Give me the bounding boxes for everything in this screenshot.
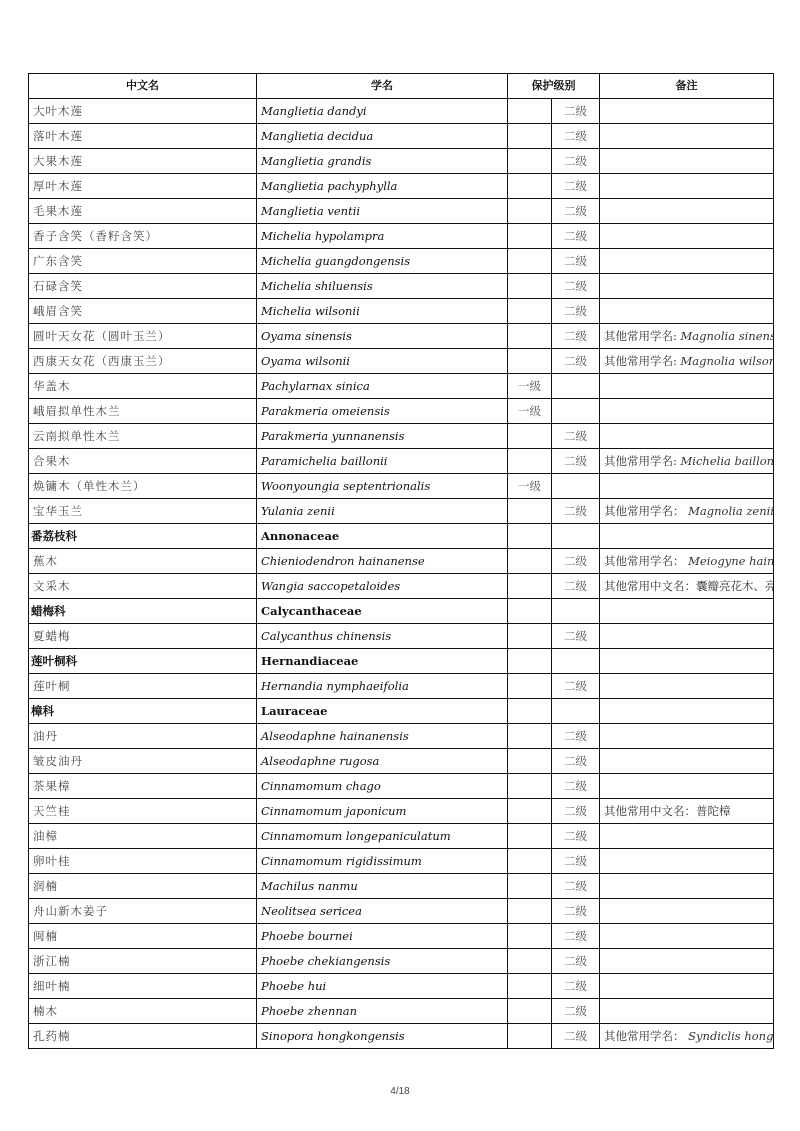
table-row: 舟山新木姜子Neolitsea sericea二级: [29, 899, 774, 924]
remarks-cell: [600, 474, 774, 499]
chinese-name-cell: 楠木: [29, 999, 257, 1024]
table-row: 细叶楠Phoebe hui二级: [29, 974, 774, 999]
chinese-name-cell: 夏蜡梅: [29, 624, 257, 649]
remarks-cell: [600, 624, 774, 649]
scientific-name-cell: Cinnamomum japonicum: [257, 799, 508, 824]
remarks-cell: [600, 374, 774, 399]
table-row: 油丹Alseodaphne hainanensis二级: [29, 724, 774, 749]
scientific-name-cell: Manglietia pachyphylla: [257, 174, 508, 199]
table-row: 云南拟单性木兰Parakmeria yunnanensis二级: [29, 424, 774, 449]
table-row: 莲叶桐Hernandia nymphaeifolia二级: [29, 674, 774, 699]
scientific-name-cell: Cinnamomum chago: [257, 774, 508, 799]
level-two-cell: 二级: [552, 449, 600, 474]
remarks-cell: [600, 249, 774, 274]
remarks-cell: 其他常用学名： Magnolia zenii: [600, 499, 774, 524]
remarks-text: 其他常用中文名：囊瓣亮花木、亮花假鹰爪: [604, 579, 774, 593]
remarks-cell: [600, 674, 774, 699]
table-row: 圆叶天女花（圆叶玉兰）Oyama sinensis二级其他常用学名: Magno…: [29, 324, 774, 349]
scientific-name-cell: Manglietia grandis: [257, 149, 508, 174]
remarks-cell: [600, 149, 774, 174]
level-one-cell: [508, 874, 552, 899]
level-two-cell: 二级: [552, 949, 600, 974]
remarks-cell: [600, 824, 774, 849]
table-row: 夏蜡梅Calycanthus chinensis二级: [29, 624, 774, 649]
remarks-cell: [600, 424, 774, 449]
scientific-name-cell: Parakmeria yunnanensis: [257, 424, 508, 449]
level-two-cell: 二级: [552, 999, 600, 1024]
remarks-cell: 其他常用中文名：囊瓣亮花木、亮花假鹰爪: [600, 574, 774, 599]
scientific-name-cell: Hernandia nymphaeifolia: [257, 674, 508, 699]
chinese-name-cell: 莲叶桐: [29, 674, 257, 699]
scientific-name-cell: Neolitsea sericea: [257, 899, 508, 924]
scientific-name-cell: Paramichelia baillonii: [257, 449, 508, 474]
level-two-cell: 二级: [552, 849, 600, 874]
chinese-name-cell: 油丹: [29, 724, 257, 749]
level-two-cell: [552, 699, 600, 724]
remarks-scientific-name: Michelia baillonii: [681, 454, 774, 468]
chinese-name-cell: 细叶楠: [29, 974, 257, 999]
chinese-name-cell: 大果木莲: [29, 149, 257, 174]
level-two-cell: 二级: [552, 549, 600, 574]
remarks-cell: 其他常用学名： Syndiclis hongkongensis: [600, 1024, 774, 1049]
remarks-cell: [600, 874, 774, 899]
remarks-cell: [600, 524, 774, 549]
family-row: 蜡梅科Calycanthaceae: [29, 599, 774, 624]
chinese-name-cell: 峨眉含笑: [29, 299, 257, 324]
remarks-cell: [600, 599, 774, 624]
chinese-name-cell: 华盖木: [29, 374, 257, 399]
remarks-scientific-name: Magnolia sinensis: [681, 329, 774, 343]
level-two-cell: 二级: [552, 774, 600, 799]
table-row: 大叶木莲Manglietia dandyi二级: [29, 99, 774, 124]
level-two-cell: 二级: [552, 824, 600, 849]
chinese-name-cell: 广东含笑: [29, 249, 257, 274]
level-one-cell: [508, 499, 552, 524]
level-two-cell: 二级: [552, 274, 600, 299]
level-one-cell: [508, 599, 552, 624]
scientific-name-cell: Machilus nanmu: [257, 874, 508, 899]
level-two-cell: [552, 474, 600, 499]
remarks-text: 其他常用学名：: [604, 1029, 688, 1043]
chinese-name-cell: 香子含笑（香籽含笑）: [29, 224, 257, 249]
scientific-name-cell: Phoebe zhennan: [257, 999, 508, 1024]
chinese-name-cell: 茶果樟: [29, 774, 257, 799]
level-two-cell: 二级: [552, 674, 600, 699]
chinese-name-cell: 孔药楠: [29, 1024, 257, 1049]
chinese-name-cell: 圆叶天女花（圆叶玉兰）: [29, 324, 257, 349]
level-one-cell: [508, 274, 552, 299]
chinese-name-cell: 卵叶桂: [29, 849, 257, 874]
level-one-cell: [508, 249, 552, 274]
level-one-cell: [508, 99, 552, 124]
header-chinese-name: 中文名: [29, 74, 257, 99]
level-two-cell: 二级: [552, 749, 600, 774]
chinese-name-cell: 浙江楠: [29, 949, 257, 974]
table-body: 大叶木莲Manglietia dandyi二级落叶木莲Manglietia de…: [29, 99, 774, 1049]
chinese-name-cell: 大叶木莲: [29, 99, 257, 124]
table-row: 香子含笑（香籽含笑）Michelia hypolampra二级: [29, 224, 774, 249]
level-two-cell: [552, 399, 600, 424]
chinese-name-cell: 舟山新木姜子: [29, 899, 257, 924]
scientific-name-cell: Phoebe hui: [257, 974, 508, 999]
scientific-name-cell: Woonyoungia septentrionalis: [257, 474, 508, 499]
family-row: 莲叶桐科Hernandiaceae: [29, 649, 774, 674]
table-row: 茶果樟Cinnamomum chago二级: [29, 774, 774, 799]
header-scientific-name: 学名: [257, 74, 508, 99]
level-two-cell: 二级: [552, 99, 600, 124]
level-two-cell: 二级: [552, 874, 600, 899]
level-two-cell: 二级: [552, 974, 600, 999]
table-row: 焕镛木（单性木兰）Woonyoungia septentrionalis一级: [29, 474, 774, 499]
chinese-name-cell: 莲叶桐科: [29, 649, 257, 674]
table-row: 落叶木莲Manglietia decidua二级: [29, 124, 774, 149]
scientific-name-cell: Alseodaphne hainanensis: [257, 724, 508, 749]
scientific-name-cell: Phoebe chekiangensis: [257, 949, 508, 974]
level-two-cell: [552, 599, 600, 624]
level-one-cell: [508, 149, 552, 174]
scientific-name-cell: Alseodaphne rugosa: [257, 749, 508, 774]
level-two-cell: 二级: [552, 224, 600, 249]
scientific-name-cell: Annonaceae: [257, 524, 508, 549]
remarks-scientific-name: Meiogyne hainanensis: [688, 554, 773, 568]
chinese-name-cell: 番荔枝科: [29, 524, 257, 549]
table-row: 大果木莲Manglietia grandis二级: [29, 149, 774, 174]
level-one-cell: [508, 174, 552, 199]
chinese-name-cell: 天竺桂: [29, 799, 257, 824]
chinese-name-cell: 西康天女花（西康玉兰）: [29, 349, 257, 374]
scientific-name-cell: Phoebe bournei: [257, 924, 508, 949]
chinese-name-cell: 毛果木莲: [29, 199, 257, 224]
scientific-name-cell: Pachylarnax sinica: [257, 374, 508, 399]
level-one-cell: [508, 224, 552, 249]
level-one-cell: [508, 999, 552, 1024]
scientific-name-cell: Lauraceae: [257, 699, 508, 724]
chinese-name-cell: 宝华玉兰: [29, 499, 257, 524]
scientific-name-cell: Cinnamomum longepaniculatum: [257, 824, 508, 849]
remarks-cell: [600, 749, 774, 774]
table-header-row: 中文名 学名 保护级别 备注: [29, 74, 774, 99]
level-one-cell: [508, 549, 552, 574]
level-one-cell: [508, 624, 552, 649]
level-one-cell: [508, 449, 552, 474]
header-remarks: 备注: [600, 74, 774, 99]
remarks-cell: [600, 949, 774, 974]
remarks-cell: [600, 999, 774, 1024]
table-row: 皱皮油丹Alseodaphne rugosa二级: [29, 749, 774, 774]
table-row: 峨眉拟单性木兰Parakmeria omeiensis一级: [29, 399, 774, 424]
scientific-name-cell: Michelia wilsonii: [257, 299, 508, 324]
table-row: 润楠Machilus nanmu二级: [29, 874, 774, 899]
level-one-cell: [508, 299, 552, 324]
level-one-cell: [508, 974, 552, 999]
table-row: 文采木Wangia saccopetaloides二级其他常用中文名：囊瓣亮花木…: [29, 574, 774, 599]
document-page: 中文名 学名 保护级别 备注 大叶木莲Manglietia dandyi二级落叶…: [0, 0, 800, 1131]
level-two-cell: 二级: [552, 324, 600, 349]
remarks-cell: [600, 724, 774, 749]
scientific-name-cell: Chieniodendron hainanense: [257, 549, 508, 574]
remarks-cell: [600, 899, 774, 924]
table-row: 蕉木Chieniodendron hainanense二级其他常用学名： Mei…: [29, 549, 774, 574]
chinese-name-cell: 落叶木莲: [29, 124, 257, 149]
table-row: 峨眉含笑Michelia wilsonii二级: [29, 299, 774, 324]
level-two-cell: 二级: [552, 924, 600, 949]
level-one-cell: 一级: [508, 474, 552, 499]
table-row: 孔药楠Sinopora hongkongensis二级其他常用学名： Syndi…: [29, 1024, 774, 1049]
table-row: 毛果木莲Manglietia ventii二级: [29, 199, 774, 224]
remarks-cell: [600, 924, 774, 949]
chinese-name-cell: 蜡梅科: [29, 599, 257, 624]
level-one-cell: [508, 524, 552, 549]
level-two-cell: 二级: [552, 149, 600, 174]
remarks-cell: [600, 699, 774, 724]
remarks-cell: 其他常用学名: Magnolia wilsonii: [600, 349, 774, 374]
page-number: 4/18: [0, 1086, 800, 1097]
remarks-cell: [600, 174, 774, 199]
remarks-scientific-name: Magnolia zenii: [688, 504, 773, 518]
remarks-cell: 其他常用学名: Michelia baillonii: [600, 449, 774, 474]
scientific-name-cell: Manglietia ventii: [257, 199, 508, 224]
chinese-name-cell: 皱皮油丹: [29, 749, 257, 774]
remarks-text: 其他常用学名:: [604, 329, 681, 343]
table-row: 厚叶木莲Manglietia pachyphylla二级: [29, 174, 774, 199]
level-one-cell: [508, 649, 552, 674]
table-row: 闽楠Phoebe bournei二级: [29, 924, 774, 949]
level-two-cell: [552, 524, 600, 549]
level-one-cell: [508, 899, 552, 924]
level-two-cell: 二级: [552, 424, 600, 449]
remarks-cell: 其他常用学名: Magnolia sinensis: [600, 324, 774, 349]
level-two-cell: 二级: [552, 124, 600, 149]
level-one-cell: [508, 124, 552, 149]
table-row: 卵叶桂Cinnamomum rigidissimum二级: [29, 849, 774, 874]
remarks-cell: [600, 974, 774, 999]
level-one-cell: [508, 924, 552, 949]
chinese-name-cell: 合果木: [29, 449, 257, 474]
remarks-scientific-name: Syndiclis hongkongensis: [688, 1029, 773, 1043]
level-one-cell: [508, 699, 552, 724]
level-two-cell: 二级: [552, 724, 600, 749]
chinese-name-cell: 石碌含笑: [29, 274, 257, 299]
level-two-cell: [552, 649, 600, 674]
table-row: 石碌含笑Michelia shiluensis二级: [29, 274, 774, 299]
level-one-cell: [508, 824, 552, 849]
level-two-cell: 二级: [552, 299, 600, 324]
protected-species-table: 中文名 学名 保护级别 备注 大叶木莲Manglietia dandyi二级落叶…: [28, 73, 774, 1049]
scientific-name-cell: Calycanthus chinensis: [257, 624, 508, 649]
level-one-cell: [508, 749, 552, 774]
level-one-cell: 一级: [508, 374, 552, 399]
remarks-cell: [600, 774, 774, 799]
level-two-cell: 二级: [552, 899, 600, 924]
level-two-cell: 二级: [552, 624, 600, 649]
level-one-cell: [508, 324, 552, 349]
level-one-cell: [508, 674, 552, 699]
table-row: 华盖木Pachylarnax sinica一级: [29, 374, 774, 399]
chinese-name-cell: 文采木: [29, 574, 257, 599]
level-two-cell: 二级: [552, 799, 600, 824]
scientific-name-cell: Parakmeria omeiensis: [257, 399, 508, 424]
scientific-name-cell: Manglietia decidua: [257, 124, 508, 149]
level-one-cell: [508, 849, 552, 874]
remarks-cell: [600, 224, 774, 249]
scientific-name-cell: Michelia hypolampra: [257, 224, 508, 249]
level-one-cell: [508, 1024, 552, 1049]
remarks-cell: 其他常用中文名：普陀樟: [600, 799, 774, 824]
remarks-scientific-name: Magnolia wilsonii: [681, 354, 774, 368]
chinese-name-cell: 润楠: [29, 874, 257, 899]
scientific-name-cell: Oyama sinensis: [257, 324, 508, 349]
table-row: 油樟Cinnamomum longepaniculatum二级: [29, 824, 774, 849]
level-two-cell: 二级: [552, 249, 600, 274]
level-two-cell: 二级: [552, 199, 600, 224]
chinese-name-cell: 云南拟单性木兰: [29, 424, 257, 449]
chinese-name-cell: 油樟: [29, 824, 257, 849]
family-row: 番荔枝科Annonaceae: [29, 524, 774, 549]
table-row: 西康天女花（西康玉兰）Oyama wilsonii二级其他常用学名: Magno…: [29, 349, 774, 374]
scientific-name-cell: Sinopora hongkongensis: [257, 1024, 508, 1049]
chinese-name-cell: 樟科: [29, 699, 257, 724]
remarks-cell: [600, 849, 774, 874]
level-two-cell: 二级: [552, 174, 600, 199]
level-two-cell: [552, 374, 600, 399]
scientific-name-cell: Hernandiaceae: [257, 649, 508, 674]
level-one-cell: [508, 724, 552, 749]
remarks-cell: [600, 649, 774, 674]
remarks-text: 其他常用学名:: [604, 354, 681, 368]
level-one-cell: [508, 774, 552, 799]
table-row: 合果木Paramichelia baillonii二级其他常用学名: Miche…: [29, 449, 774, 474]
family-row: 樟科Lauraceae: [29, 699, 774, 724]
level-two-cell: 二级: [552, 349, 600, 374]
remarks-cell: [600, 199, 774, 224]
scientific-name-cell: Michelia guangdongensis: [257, 249, 508, 274]
remarks-cell: [600, 299, 774, 324]
remarks-text: 其他常用学名:: [604, 454, 681, 468]
scientific-name-cell: Wangia saccopetaloides: [257, 574, 508, 599]
table-row: 楠木Phoebe zhennan二级: [29, 999, 774, 1024]
remarks-cell: [600, 124, 774, 149]
scientific-name-cell: Yulania zenii: [257, 499, 508, 524]
scientific-name-cell: Manglietia dandyi: [257, 99, 508, 124]
chinese-name-cell: 闽楠: [29, 924, 257, 949]
table-row: 广东含笑Michelia guangdongensis二级: [29, 249, 774, 274]
chinese-name-cell: 焕镛木（单性木兰）: [29, 474, 257, 499]
table-row: 宝华玉兰Yulania zenii二级其他常用学名： Magnolia zeni…: [29, 499, 774, 524]
level-one-cell: [508, 424, 552, 449]
level-one-cell: [508, 199, 552, 224]
table-row: 浙江楠Phoebe chekiangensis二级: [29, 949, 774, 974]
scientific-name-cell: Cinnamomum rigidissimum: [257, 849, 508, 874]
remarks-cell: [600, 99, 774, 124]
level-two-cell: 二级: [552, 574, 600, 599]
chinese-name-cell: 蕉木: [29, 549, 257, 574]
level-one-cell: [508, 949, 552, 974]
chinese-name-cell: 峨眉拟单性木兰: [29, 399, 257, 424]
remarks-cell: [600, 399, 774, 424]
level-one-cell: [508, 574, 552, 599]
remarks-text: 其他常用中文名：普陀樟: [604, 804, 731, 818]
level-two-cell: 二级: [552, 499, 600, 524]
chinese-name-cell: 厚叶木莲: [29, 174, 257, 199]
remarks-text: 其他常用学名：: [604, 504, 688, 518]
remarks-cell: 其他常用学名： Meiogyne hainanensis: [600, 549, 774, 574]
remarks-cell: [600, 274, 774, 299]
remarks-text: 其他常用学名：: [604, 554, 688, 568]
level-two-cell: 二级: [552, 1024, 600, 1049]
level-one-cell: [508, 349, 552, 374]
scientific-name-cell: Michelia shiluensis: [257, 274, 508, 299]
level-one-cell: 一级: [508, 399, 552, 424]
table-row: 天竺桂Cinnamomum japonicum二级其他常用中文名：普陀樟: [29, 799, 774, 824]
header-protection-level: 保护级别: [508, 74, 600, 99]
level-one-cell: [508, 799, 552, 824]
scientific-name-cell: Oyama wilsonii: [257, 349, 508, 374]
scientific-name-cell: Calycanthaceae: [257, 599, 508, 624]
